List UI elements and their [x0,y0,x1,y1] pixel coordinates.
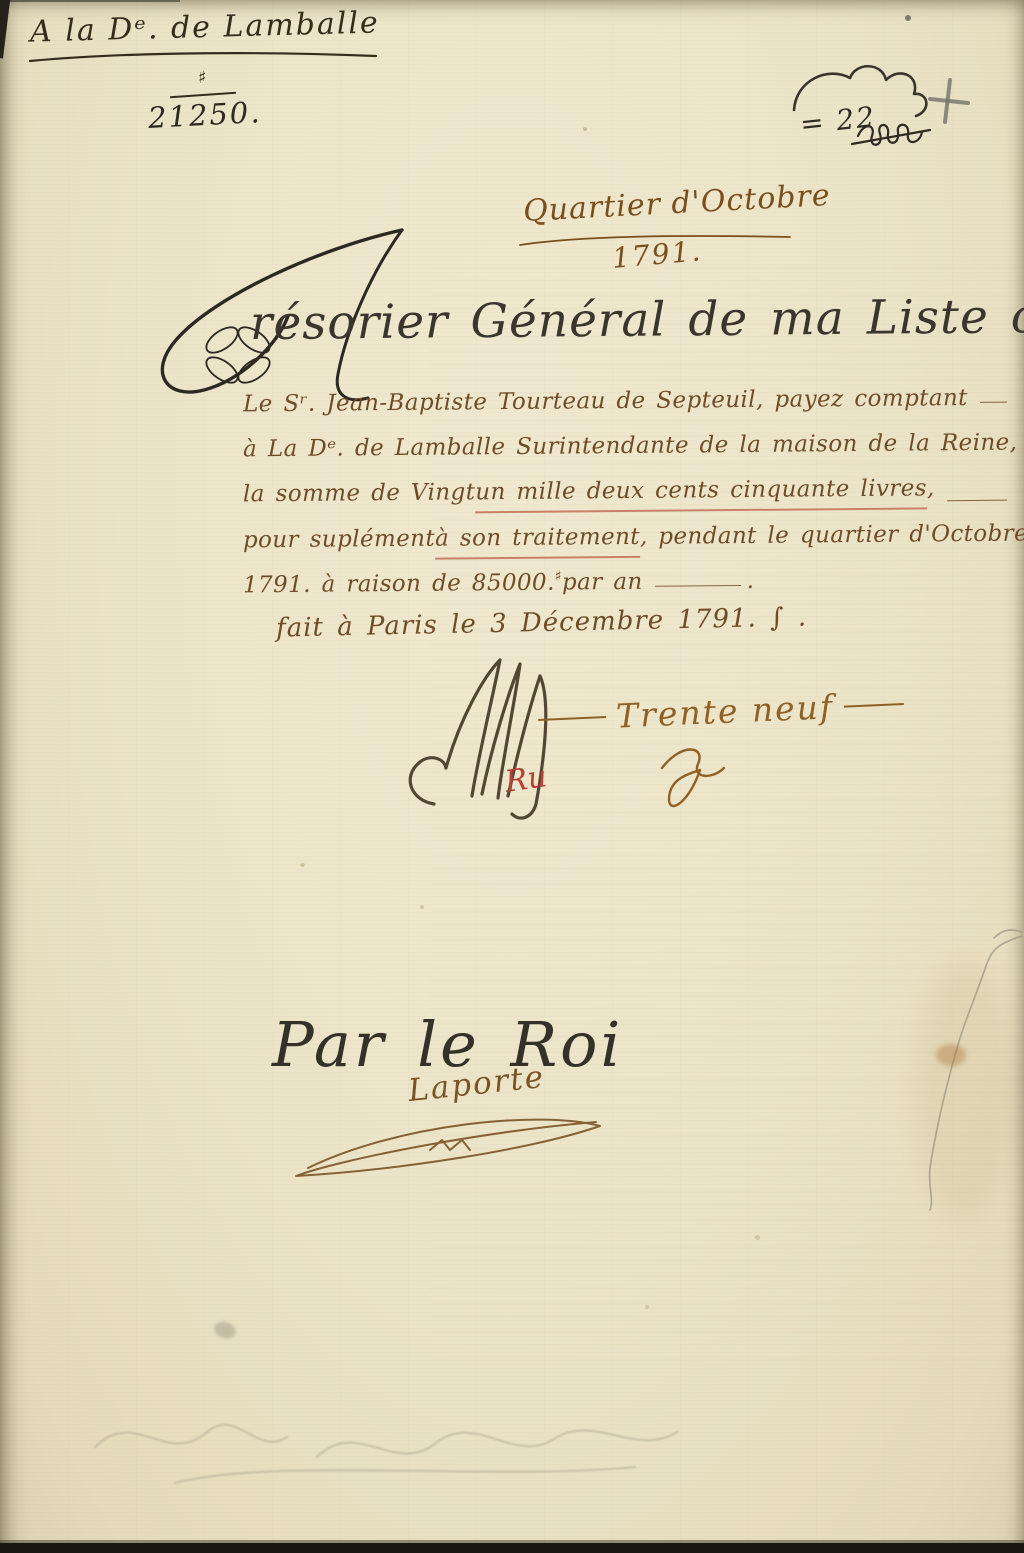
paper-crease [890,918,1024,1220]
livre-symbol: ♯ [198,68,206,88]
docket-underline-flourish [28,48,380,66]
cancelled-scribble [852,112,934,150]
body-line-1: Le Sʳ. Jean-Baptiste Tourteau de Septeui… [243,385,1009,418]
body-line-3-pre: la somme de Vingt [243,479,476,507]
scan-edge-top [0,0,180,2]
body-line-2: à La Dᵉ. de Lamballe Surintendante de la… [243,430,1009,463]
foxing-spot [420,905,424,909]
foxing-spot [905,15,911,21]
body-line-4-post: , pendant le quartier d'Octobre [640,520,1024,549]
scan-edge-corner [0,0,11,59]
ghost-pencil-inscription [75,1385,715,1515]
quarter-heading: Quartier d'Octobre [522,178,831,229]
pen-dash [538,716,606,721]
foxing-spot [300,863,305,867]
pencil-smudge [212,1319,238,1342]
body-line-5-start: 1791. à raison de 85000. [243,570,555,599]
amount-in-words-row: Trente neuf [537,684,904,739]
pen-stroke-filler [947,500,1007,502]
manuscript-sheet: A la Dᵉ. de Lamballe ♯ 21250. = 22 Quart… [0,0,1024,1553]
registered-amount: 21250. [147,95,262,135]
body-line-2-text: à La Dᵉ. de Lamballe Surintendante de la… [243,430,1018,463]
scan-edge-bottom [0,1543,1024,1553]
foxing-spot [583,127,587,131]
body-line-5: 1791. à raison de 85000. ♯ par an . [243,566,1009,599]
amount-in-words: Trente neuf [615,687,835,735]
pencil-cross-icon [928,76,970,128]
pen-stroke-filler [980,402,1007,403]
body-line-3-amount-underlined: un mille deux cents cinquante livres [475,475,927,513]
body-line-4-pre: pour suplément [243,526,435,554]
countersignature-flourish [278,1096,622,1200]
docket-title: A la Dᵉ. de Lamballe [30,5,381,49]
body-line-3-post: , [927,475,935,501]
dateline: fait à Paris le 3 Décembre 1791. ∫ . [276,602,808,643]
body-line-5-period: . [746,568,754,594]
foxing-spot [645,1305,649,1309]
red-verification-paraph: Ru [503,759,549,799]
body-line-5-mid: par an [562,569,643,596]
body-line-4: pour suplément à son traitement , pendan… [243,521,1009,562]
body-line-4-underlined: à son traitement [435,524,640,560]
pen-stroke-filler [655,585,741,587]
foxing-spot [755,1235,760,1240]
body-line-1-text: Le Sʳ. Jean-Baptiste Tourteau de Septeui… [243,385,968,417]
pen-dash [844,703,904,708]
livre-symbol-superscript: ♯ [555,569,562,585]
treasury-paraph [648,740,740,812]
quarter-year: 1791. [611,234,704,275]
body-line-3: la somme de Vingt un mille deux cents ci… [243,475,1009,516]
headline-tresorier-general: résorier Général de ma Liste civile , [250,288,1024,351]
